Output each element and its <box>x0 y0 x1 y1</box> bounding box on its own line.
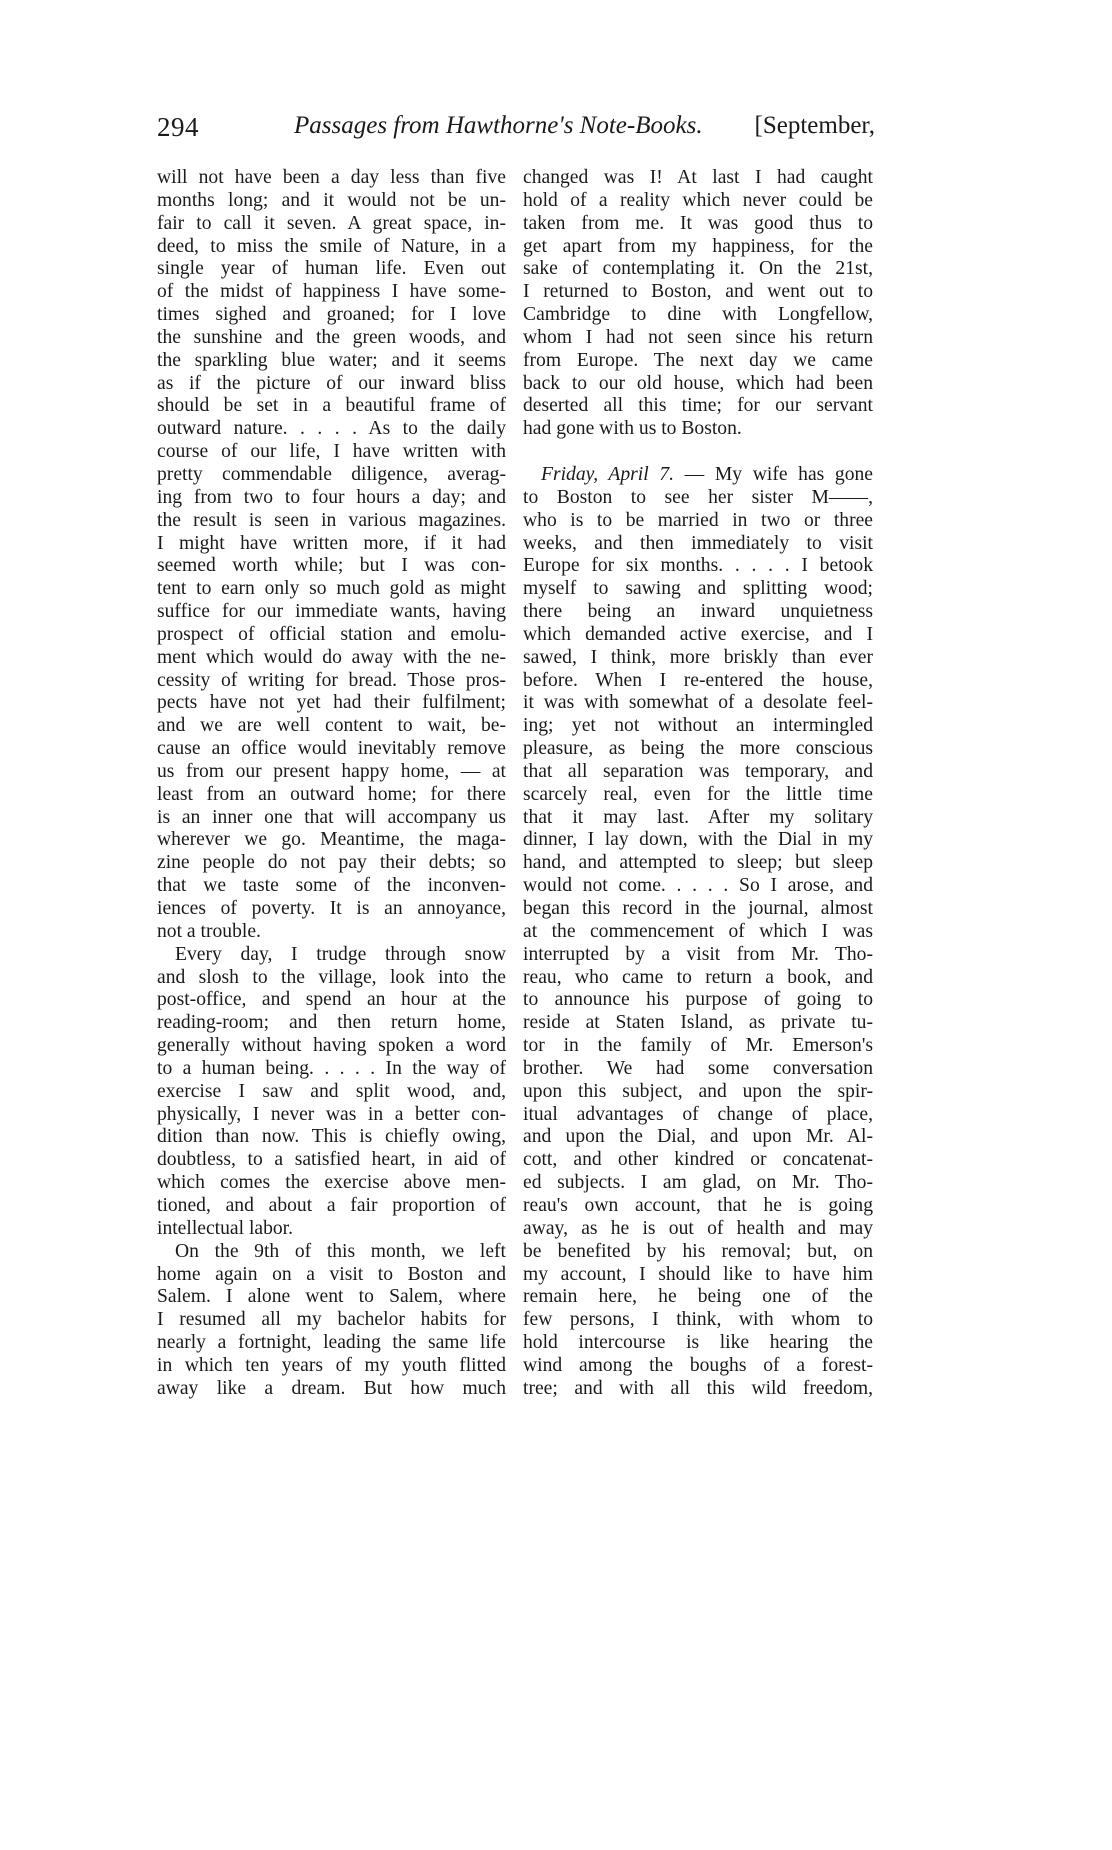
text-line: of the midst of happiness I have some- <box>157 281 506 304</box>
text-line: taken from me. It was good thus to <box>523 213 873 236</box>
text-line: hand, and attempted to sleep; but sleep <box>523 852 873 875</box>
text-line: pects have not yet had their fulfilment; <box>157 692 506 715</box>
text-line: least from an outward home; for there <box>157 784 506 807</box>
text-line: reau, who came to return a book, and <box>523 967 873 990</box>
text-line: and slosh to the village, look into the <box>157 967 506 990</box>
text-line: doubtless, to a satisfied heart, in aid … <box>157 1149 506 1172</box>
text-line: itual advantages of change of place, <box>523 1104 873 1127</box>
text-line: myself to sawing and splitting wood; <box>523 578 873 601</box>
text-line: ing from two to four hours a day; and <box>157 487 506 510</box>
text-line: upon this subject, and upon the spir- <box>523 1081 873 1104</box>
entry-text: — My wife has gone <box>674 464 873 485</box>
text-line: is an inner one that will accompany us <box>157 807 506 830</box>
text-line: seemed worth while; but I was con- <box>157 555 506 578</box>
text-line: had gone with us to Boston. <box>523 418 873 441</box>
text-line: prospect of official station and emolu- <box>157 624 506 647</box>
text-line: generally without having spoken a word <box>157 1035 506 1058</box>
text-line: ing; yet not without an intermingled <box>523 715 873 738</box>
text-line: cott, and other kindred or concatenat- <box>523 1149 873 1172</box>
text-line: began this record in the journal, almost <box>523 898 873 921</box>
text-line: sake of contemplating it. On the 21st, <box>523 258 873 281</box>
text-line: cause an office would inevitably remove <box>157 738 506 761</box>
text-line: Salem. I alone went to Salem, where <box>157 1286 506 1309</box>
text-line: my account, I should like to have him <box>523 1264 873 1287</box>
text-line: hold intercourse is like hearing the <box>523 1332 873 1355</box>
text-line: who is to be married in two or three <box>523 510 873 533</box>
text-line: I returned to Boston, and went out to <box>523 281 873 304</box>
text-line: reading-room; and then return home, <box>157 1012 506 1035</box>
text-line: scarcely real, even for the little time <box>523 784 873 807</box>
text-line: to Boston to see her sister M——, <box>523 487 873 510</box>
text-line: away like a dream. But how much <box>157 1378 506 1401</box>
text-line: tioned, and about a fair proportion of <box>157 1195 506 1218</box>
text-line: iences of poverty. It is an annoyance, <box>157 898 506 921</box>
text-line: get apart from my happiness, for the <box>523 236 873 259</box>
text-line: before. When I re-entered the house, <box>523 670 873 693</box>
text-line: suffice for our immediate wants, having <box>157 601 506 624</box>
text-line: that we taste some of the inconven- <box>157 875 506 898</box>
text-line: the result is seen in various magazines. <box>157 510 506 533</box>
text-line: from Europe. The next day we came <box>523 350 873 373</box>
text-line: pretty commendable diligence, averag- <box>157 464 506 487</box>
text-line: few persons, I think, with whom to <box>523 1309 873 1332</box>
text-line: brother. We had some conversation <box>523 1058 873 1081</box>
text-line: deed, to miss the smile of Nature, in a <box>157 236 506 259</box>
text-line: changed was I! At last I had caught <box>523 167 873 190</box>
text-line: in which ten years of my youth flitted <box>157 1355 506 1378</box>
text-line: tent to earn only so much gold as might <box>157 578 506 601</box>
text-line: dition than now. This is chiefly owing, <box>157 1126 506 1149</box>
text-line: and we are well content to wait, be- <box>157 715 506 738</box>
text-line: single year of human life. Even out <box>157 258 506 281</box>
text-line: ment which would do away with the ne- <box>157 647 506 670</box>
text-line: remain here, he being one of the <box>523 1286 873 1309</box>
text-line: not a trouble. <box>157 921 506 944</box>
running-month: [September, <box>755 112 875 140</box>
text-line: months long; and it would not be un- <box>157 190 506 213</box>
text-line: weeks, and then immediately to visit <box>523 533 873 556</box>
text-line: hold of a reality which never could be <box>523 190 873 213</box>
entry-date: Friday, April 7. <box>541 464 674 485</box>
text-line: outward nature. . . . . As to the daily <box>157 418 506 441</box>
text-line: which demanded active exercise, and I <box>523 624 873 647</box>
text-line: be benefited by his removal; but, on <box>523 1241 873 1264</box>
entry-heading-line: Friday, April 7. — My wife has gone <box>523 464 873 487</box>
text-line: the sparkling blue water; and it seems <box>157 350 506 373</box>
text-line: will not have been a day less than five <box>157 167 506 190</box>
text-line: cessity of writing for bread. Those pros… <box>157 670 506 693</box>
text-line: times sighed and groaned; for I love <box>157 304 506 327</box>
page-number: 294 <box>157 112 199 143</box>
running-header: 294 Passages from Hawthorne's Note-Books… <box>157 112 875 148</box>
text-line: the sunshine and the green woods, and <box>157 327 506 350</box>
text-line: should be set in a beautiful frame of <box>157 395 506 418</box>
text-line: reau's own account, that he is going <box>523 1195 873 1218</box>
text-line: would not come. . . . . So I arose, and <box>523 875 873 898</box>
text-line: reside at Staten Island, as private tu- <box>523 1012 873 1035</box>
text-line: and upon the Dial, and upon Mr. Al- <box>523 1126 873 1149</box>
text-line: tor in the family of Mr. Emerson's <box>523 1035 873 1058</box>
text-line: Cambridge to dine with Longfellow, <box>523 304 873 327</box>
text-line: zine people do not pay their debts; so <box>157 852 506 875</box>
text-line: exercise I saw and split wood, and, <box>157 1081 506 1104</box>
text-line: to a human being. . . . . In the way of <box>157 1058 506 1081</box>
text-line: away, as he is out of health and may <box>523 1218 873 1241</box>
text-line: back to our old house, which had been <box>523 373 873 396</box>
text-line: at the commencement of which I was <box>523 921 873 944</box>
text-line: post-office, and spend an hour at the <box>157 989 506 1012</box>
text-line: course of our life, I have written with <box>157 441 506 464</box>
text-line: wind among the boughs of a forest- <box>523 1355 873 1378</box>
text-line: intellectual labor. <box>157 1218 506 1241</box>
text-line: I resumed all my bachelor habits for <box>157 1309 506 1332</box>
text-line: fair to call it seven. A great space, in… <box>157 213 506 236</box>
text-line: Europe for six months. . . . . I betook <box>523 555 873 578</box>
text-line: whom I had not seen since his return <box>523 327 873 350</box>
left-column: will not have been a day less than fivem… <box>157 167 506 1401</box>
text-line: dinner, I lay down, with the Dial in my <box>523 829 873 852</box>
text-line: which comes the exercise above men- <box>157 1172 506 1195</box>
text-line: it was with somewhat of a desolate feel- <box>523 692 873 715</box>
text-line: home again on a visit to Boston and <box>157 1264 506 1287</box>
text-line: to announce his purpose of going to <box>523 989 873 1012</box>
text-line: ed subjects. I am glad, on Mr. Tho- <box>523 1172 873 1195</box>
text-line: pleasure, as being the more conscious <box>523 738 873 761</box>
text-line: tree; and with all this wild freedom, <box>523 1378 873 1401</box>
text-line: On the 9th of this month, we left <box>157 1241 506 1264</box>
text-line: that it may last. After my solitary <box>523 807 873 830</box>
text-line: as if the picture of our inward bliss <box>157 373 506 396</box>
running-title: Passages from Hawthorne's Note-Books. <box>294 112 703 140</box>
text-line: wherever we go. Meantime, the maga- <box>157 829 506 852</box>
text-line: interrupted by a visit from Mr. Tho- <box>523 944 873 967</box>
text-line: I might have written more, if it had <box>157 533 506 556</box>
text-line: physically, I never was in a better con- <box>157 1104 506 1127</box>
right-column: changed was I! At last I had caughthold … <box>523 167 873 1401</box>
text-line: deserted all this time; for our servant <box>523 395 873 418</box>
text-line: Every day, I trudge through snow <box>157 944 506 967</box>
text-line: us from our present happy home, — at <box>157 761 506 784</box>
text-line: sawed, I think, more briskly than ever <box>523 647 873 670</box>
paragraph-gap <box>523 441 873 464</box>
text-line: that all separation was temporary, and <box>523 761 873 784</box>
text-line: there being an inward unquietness <box>523 601 873 624</box>
text-line: nearly a fortnight, leading the same lif… <box>157 1332 506 1355</box>
